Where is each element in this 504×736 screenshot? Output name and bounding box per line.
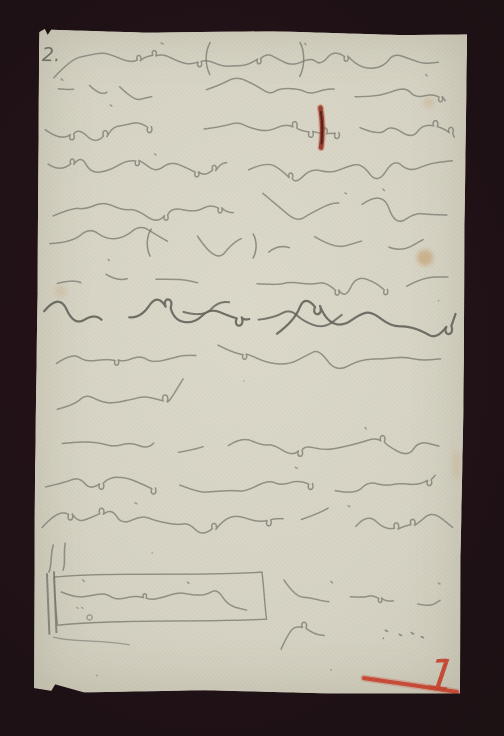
handwriting-line — [135, 503, 137, 504]
handwriting-line — [45, 472, 435, 497]
handwriting-layer: 2. — [33, 29, 467, 696]
handwriting-line — [57, 273, 448, 296]
handwriting-line — [155, 154, 156, 155]
handwriting-line — [56, 344, 440, 370]
box-left-tick — [46, 574, 50, 634]
handwriting-line — [44, 298, 456, 336]
handwriting-line — [42, 505, 453, 535]
handwriting-line — [50, 227, 424, 258]
annotation-dots — [385, 630, 423, 637]
parenthesis-strokes — [147, 41, 304, 258]
small-circle-mark — [87, 615, 92, 620]
handwriting-line — [345, 193, 346, 194]
handwriting-line — [348, 506, 350, 507]
handwriting-line — [45, 117, 454, 144]
handwriting-line — [383, 189, 385, 190]
handwriting-line — [206, 78, 445, 102]
handwriting-line — [281, 622, 324, 650]
handwriting-line — [365, 428, 366, 429]
handwriting-line — [331, 581, 333, 582]
handwriting-line — [110, 105, 112, 106]
stain-spot — [55, 285, 67, 297]
handwriting-line — [108, 259, 109, 260]
handwriting-line — [58, 85, 152, 100]
box-left-tick — [53, 572, 57, 632]
shorthand-text-lines — [40, 41, 458, 651]
page-corner-number: 2. — [42, 44, 60, 66]
handwriting-line — [187, 582, 188, 583]
handwriting-line — [438, 583, 439, 584]
handwriting-line — [305, 44, 306, 45]
handwriting-line — [54, 50, 439, 82]
red-page-marking: 1 — [364, 648, 459, 696]
stain-spot — [417, 250, 433, 266]
red-number: 1 — [424, 649, 458, 696]
handwriting-line — [161, 43, 163, 44]
handwriting-line — [61, 589, 247, 610]
handwriting-line — [53, 191, 447, 223]
red-tick-mark — [320, 108, 322, 148]
pencil-box — [46, 570, 267, 646]
stain-spot — [423, 97, 434, 108]
stain-spots — [53, 94, 464, 480]
handwriting-line — [57, 378, 183, 411]
stain-smudge — [452, 450, 460, 480]
stray-descender-strokes — [49, 543, 65, 572]
handwriting-line — [83, 580, 84, 581]
handwriting-line — [48, 157, 452, 182]
paper-specks — [96, 297, 439, 680]
scanner-backdrop: 2. — [0, 0, 504, 736]
handwriting-line — [61, 79, 63, 81]
handwriting-line — [295, 467, 297, 468]
handwriting-line — [426, 74, 427, 76]
below-box-line — [53, 637, 129, 645]
handwriting-line — [284, 580, 440, 605]
handwriting-line — [62, 433, 439, 458]
manuscript-card: 2. — [33, 29, 467, 696]
umlaut-dots — [77, 607, 83, 608]
